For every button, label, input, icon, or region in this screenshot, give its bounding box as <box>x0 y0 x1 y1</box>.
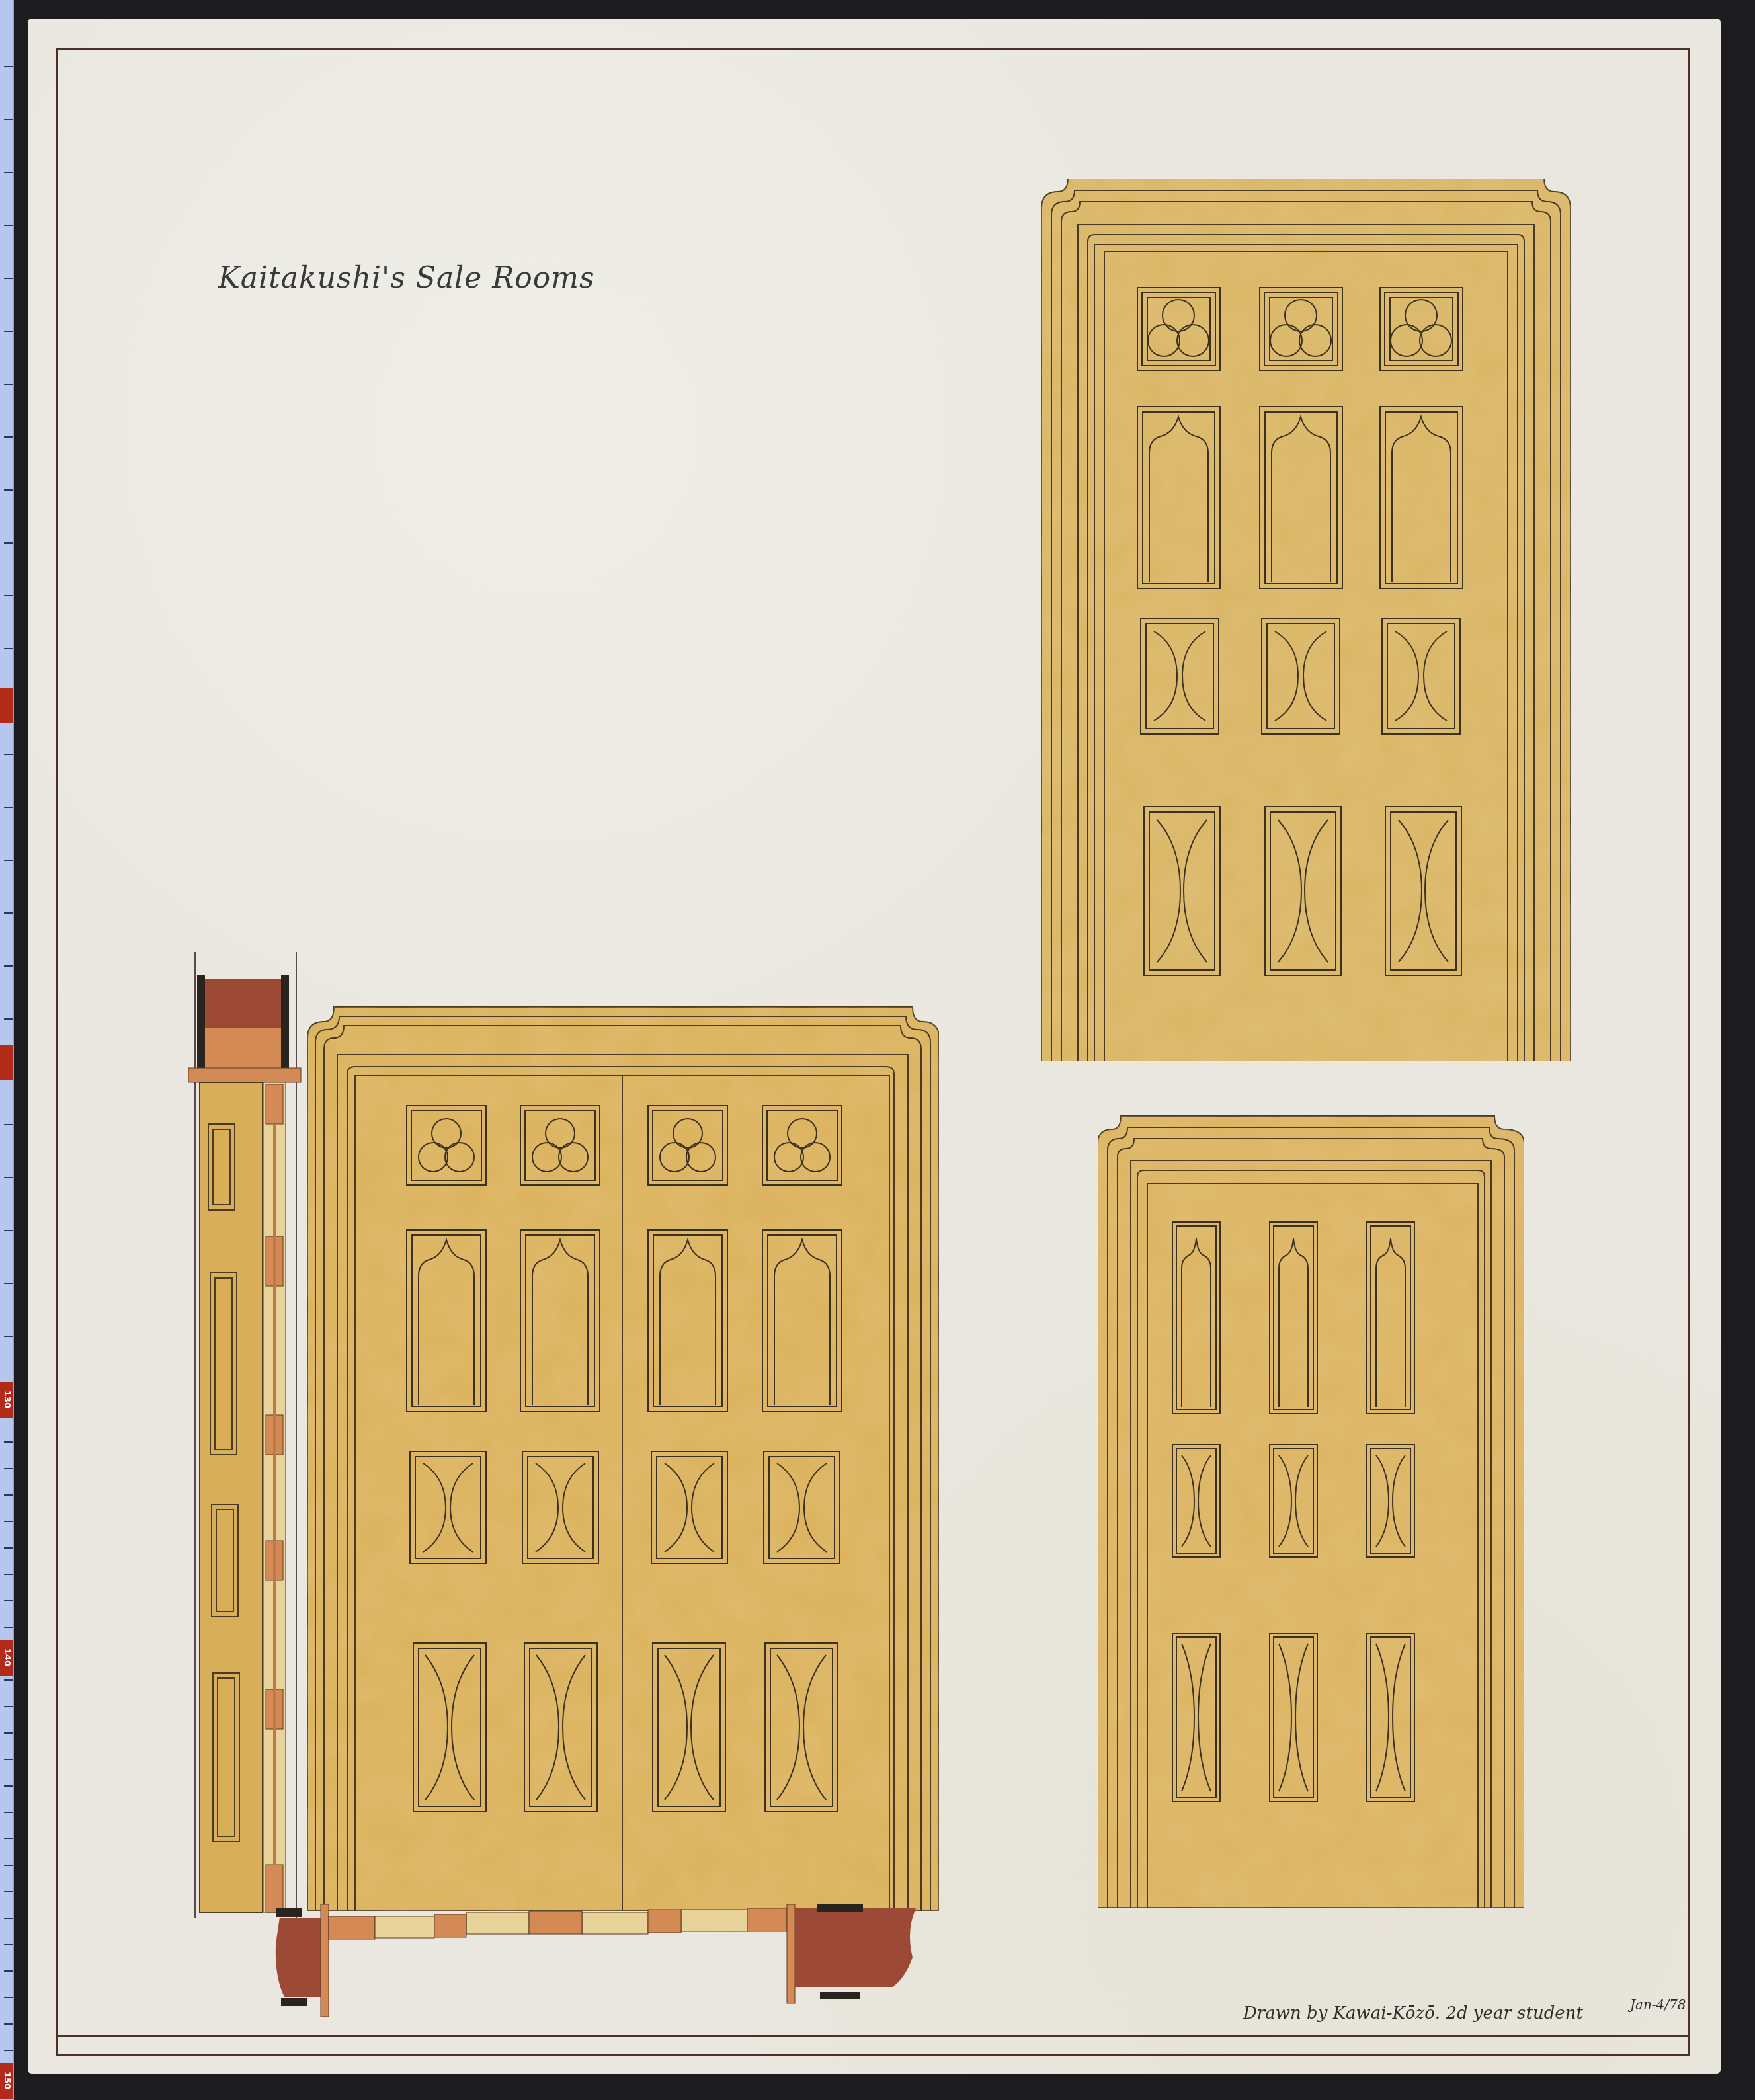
ruler-badge-140: 140 <box>0 1640 13 1676</box>
ruler-badge-130: 130 <box>0 1382 13 1418</box>
double-door-elevation <box>307 1002 939 1911</box>
ruler-badge <box>0 688 13 723</box>
ruler-badge <box>0 1045 13 1080</box>
ruler-badge-150: 150 <box>0 2063 13 2099</box>
vertical-section <box>179 952 311 1927</box>
plan-section <box>268 1904 1045 2037</box>
single-door-small-elevation <box>1098 1111 1524 1908</box>
measuring-ruler: 130 140 150 <box>0 0 14 2100</box>
single-door-large-elevation <box>1041 179 1571 1061</box>
drawing-date: Jan-4/78 <box>1630 1997 1686 2013</box>
drawing-title: Kaitakushi's Sale Rooms <box>218 261 595 295</box>
draftsman-signature: Drawn by Kawai-Kōzō. 2d year student <box>1243 2003 1583 2023</box>
title-block-rule <box>56 2035 1690 2037</box>
